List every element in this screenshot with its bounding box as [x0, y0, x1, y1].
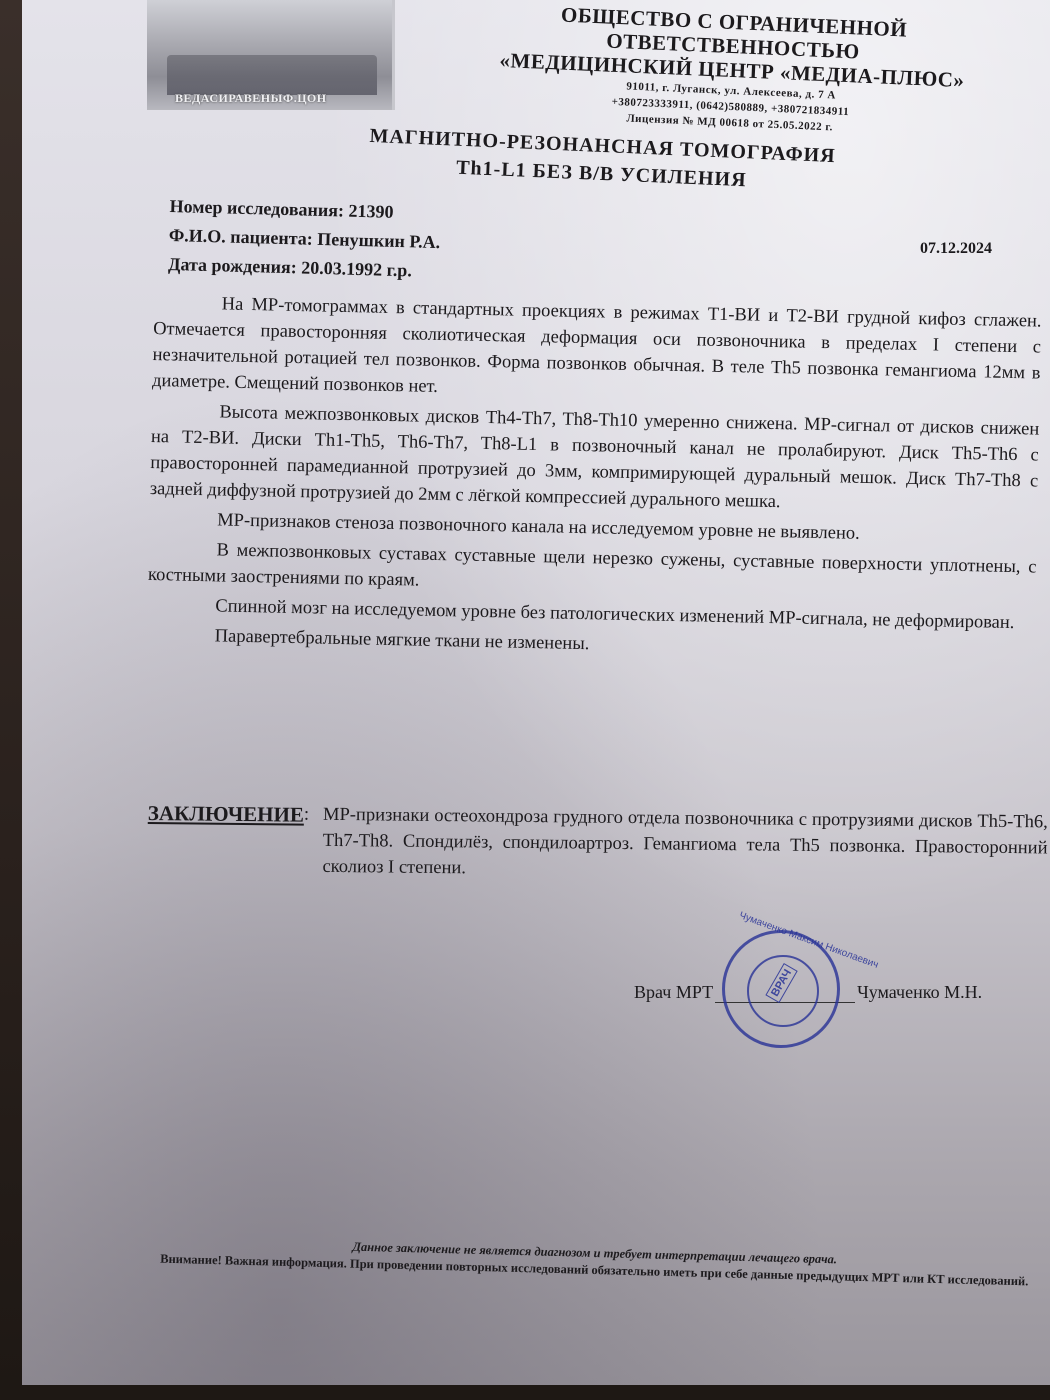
conclusion-colon: : — [303, 802, 309, 880]
clinic-photo: ВЕДАСИРАВЕНЫФ.ЦОН — [147, 0, 395, 110]
exam-date: 07.12.2024 — [920, 240, 992, 258]
patient-info: Номер исследования: 21390 Ф.И.О. пациент… — [168, 192, 442, 286]
findings: На МР-томограммах в стандартных проекция… — [146, 290, 1041, 671]
photo-caption: ВЕДАСИРАВЕНЫФ.ЦОН — [175, 91, 327, 106]
mri-couch-image — [167, 55, 377, 95]
conclusion-text: МР-признаки остеохондроза грудного отдел… — [322, 802, 1048, 888]
signature-role: Врач МРТ — [634, 982, 713, 1003]
birth-date: Дата рождения: 20.03.1992 г.р. — [168, 250, 440, 286]
signature-doctor: Чумаченко М.Н. — [857, 982, 982, 1003]
finding-paragraph: Высота межпозвонковых дисков Th4-Th7, Th… — [150, 398, 1040, 521]
organization-header: ОБЩЕСТВО С ОГРАНИЧЕННОЙ ОТВЕТСТВЕННОСТЬЮ… — [460, 0, 1005, 142]
conclusion-label: ЗАКЛЮЧЕНИЕ — [147, 800, 304, 880]
report-sheet: ВЕДАСИРАВЕНЫФ.ЦОН ОБЩЕСТВО С ОГРАНИЧЕННО… — [22, 0, 1050, 1385]
stamp-ring-text: Чумаченко Максим Николаевич — [738, 910, 880, 971]
footer: Данное заключение не является диагнозом … — [147, 1233, 1043, 1290]
finding-paragraph: На МР-томограммах в стандартных проекция… — [152, 290, 1042, 413]
conclusion: ЗАКЛЮЧЕНИЕ : МР-признаки остеохондроза г… — [147, 800, 1048, 887]
doctor-stamp: Чумаченко Максим Николаевич ВРАЧ — [722, 930, 840, 1048]
